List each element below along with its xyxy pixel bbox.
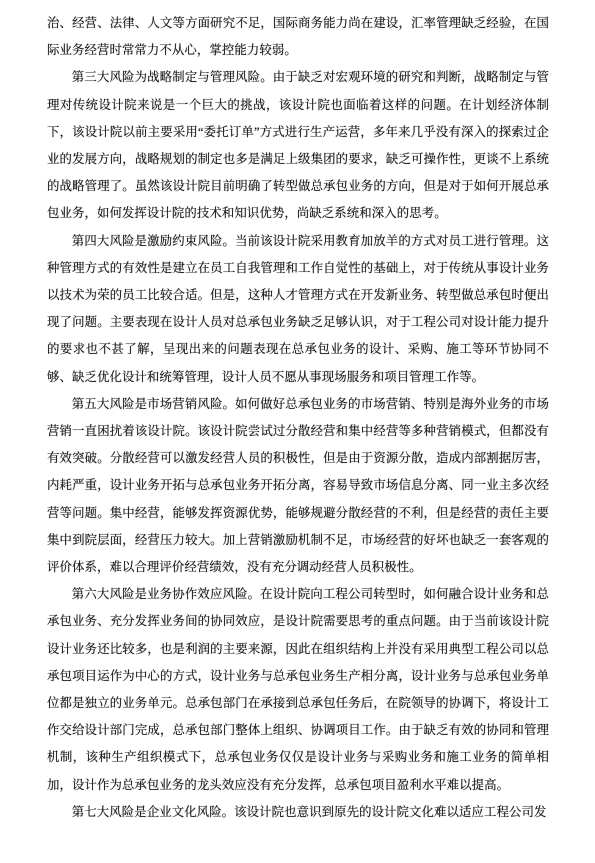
paragraph-risk-7-culture: 第七大风险是企业文化风险。该设计院也意识到原先的设计院文化难以适应工程公司发 xyxy=(47,799,549,826)
paragraph-risk-3-strategy: 第三大风险为战略制定与管理风险。由于缺乏对宏观环境的研究和判断，战略制定与管理对… xyxy=(47,64,549,227)
continuation-paragraph-international-business-risk: 治、经营、法律、人文等方面研究不足，国际商务能力尚在建设，汇率管理缺乏经验，在国… xyxy=(47,10,549,64)
paragraph-risk-4-incentive: 第四大风险是激励约束风险。当前该设计院采用教育加放羊的方式对员工进行管理。这种管… xyxy=(47,228,549,391)
paragraph-risk-5-marketing: 第五大风险是市场营销风险。如何做好总承包业务的市场营销、特别是海外业务的市场营销… xyxy=(47,391,549,581)
document-page: 治、经营、法律、人文等方面研究不足，国际商务能力尚在建设，汇率管理缺乏经验，在国… xyxy=(0,0,595,863)
paragraph-risk-6-synergy: 第六大风险是业务协作效应风险。在设计院向工程公司转型时，如何融合设计业务和总承包… xyxy=(47,581,549,799)
